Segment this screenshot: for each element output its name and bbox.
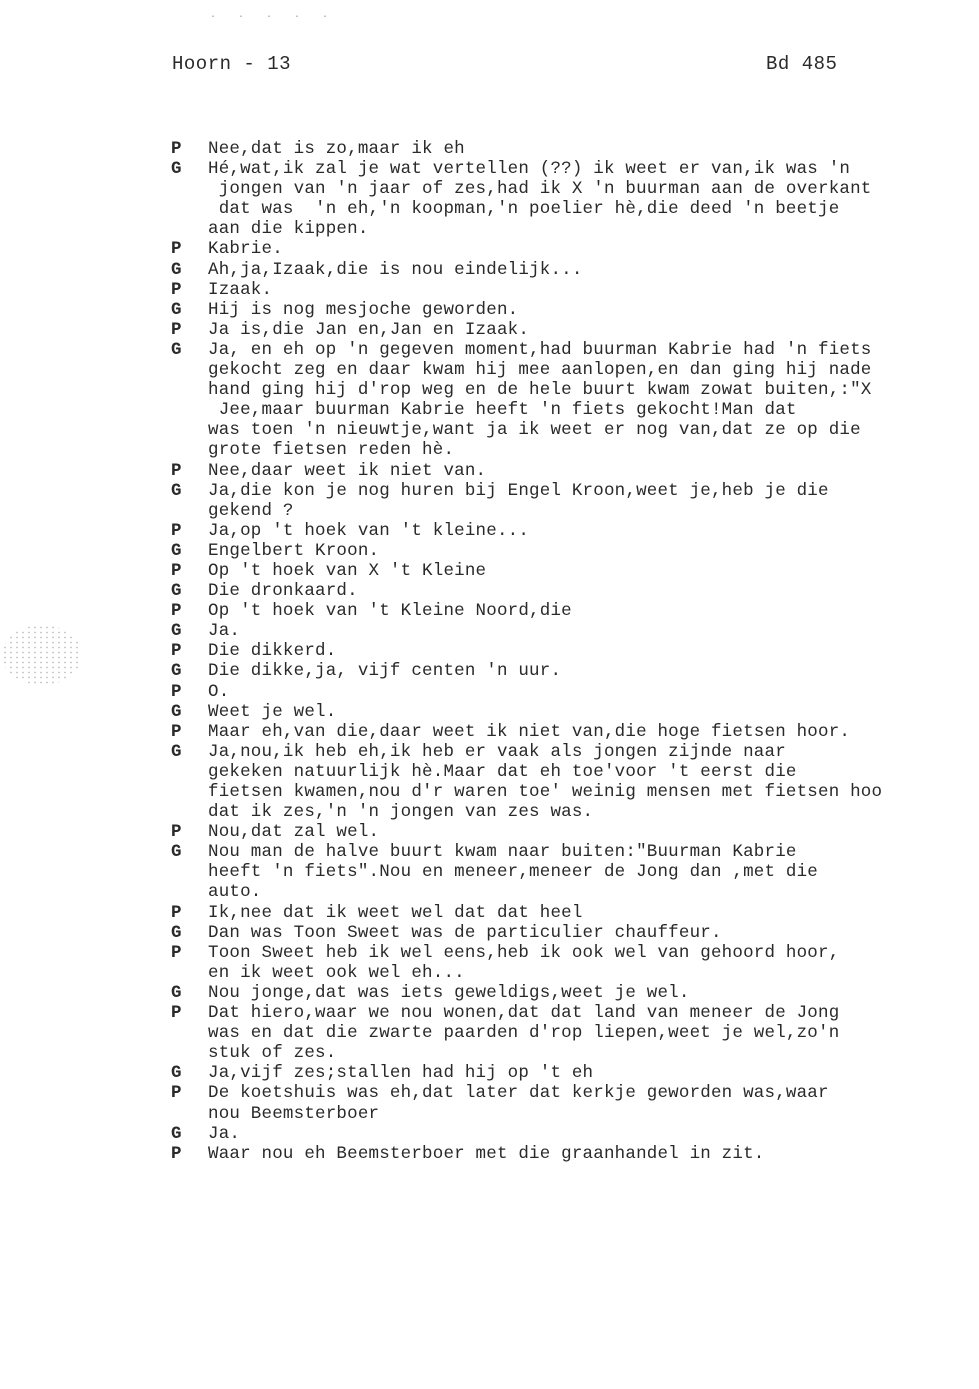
transcript-entry: GJa. (171, 621, 979, 641)
transcript-entry: GHij is nog mesjoche geworden. (171, 300, 979, 320)
transcript-entry: POp 't hoek van X 't Kleine (171, 561, 979, 581)
utterance-line: Ja. (208, 621, 979, 641)
speaker-label: G (171, 340, 208, 461)
transcript-entry: PDie dikkerd. (171, 641, 979, 661)
utterance-line: Die dikke,ja, vijf centen 'n uur. (208, 661, 979, 681)
speaker-label: P (171, 461, 208, 481)
transcript-entry: GDan was Toon Sweet was de particulier c… (171, 923, 979, 943)
speaker-label: P (171, 139, 208, 159)
utterance-line: Engelbert Kroon. (208, 541, 979, 561)
transcript-entry: GNou man de halve buurt kwam naar buiten… (171, 842, 979, 902)
speaker-label: P (171, 601, 208, 621)
utterance-line: Ik,nee dat ik weet wel dat dat heel (208, 903, 979, 923)
speaker-label: G (171, 541, 208, 561)
speaker-label: P (171, 1144, 208, 1164)
speaker-label: G (171, 621, 208, 641)
utterance-line: Ja. (208, 1124, 979, 1144)
transcript-entry: GNou jonge,dat was iets geweldigs,weet j… (171, 983, 979, 1003)
speaker-label: P (171, 320, 208, 340)
speaker-label: P (171, 943, 208, 983)
transcript-entry: PNee,daar weet ik niet van. (171, 461, 979, 481)
transcript-entry: PO. (171, 682, 979, 702)
utterance-line: auto. (208, 882, 979, 902)
utterance-line: Maar eh,van die,daar weet ik niet van,di… (208, 722, 979, 742)
utterance-line: nou Beemsterboer (208, 1104, 979, 1124)
speaker-label: P (171, 722, 208, 742)
utterance-line: De koetshuis was eh,dat later dat kerkje… (208, 1083, 979, 1103)
utterance-line: en ik weet ook wel eh... (208, 963, 979, 983)
utterance-line: Ja,op 't hoek van 't kleine... (208, 521, 979, 541)
speaker-label: G (171, 159, 208, 239)
page-number: Bd 485 (766, 53, 837, 75)
speaker-label: G (171, 842, 208, 902)
utterance-line: aan die kippen. (208, 219, 979, 239)
transcript-entry: GWeet je wel. (171, 702, 979, 722)
document-header-location: Hoorn - 13 (172, 53, 291, 75)
scan-speckles: . . . . . (210, 10, 336, 21)
transcript-entry: PDe koetshuis was eh,dat later dat kerkj… (171, 1083, 979, 1123)
speaker-label: P (171, 239, 208, 259)
utterance-line: gekocht zeg en daar kwam hij mee aanlope… (208, 360, 979, 380)
utterance-line: Jee,maar buurman Kabrie heeft 'n fiets g… (208, 400, 979, 420)
utterance-line: Weet je wel. (208, 702, 979, 722)
utterance-line: gekend ? (208, 501, 979, 521)
transcript-entry: GAh,ja,Izaak,die is nou eindelijk... (171, 260, 979, 280)
speaker-label: P (171, 521, 208, 541)
utterance-line: Ja is,die Jan en,Jan en Izaak. (208, 320, 979, 340)
utterance-line: was en dat die zwarte paarden d'rop liep… (208, 1023, 979, 1043)
utterance-line: dat was 'n eh,'n koopman,'n poelier hè,d… (208, 199, 979, 219)
transcript-entry: POp 't hoek van 't Kleine Noord,die (171, 601, 979, 621)
transcript-entry: PIzaak. (171, 280, 979, 300)
utterance-line: stuk of zes. (208, 1043, 979, 1063)
utterance-line: Dan was Toon Sweet was de particulier ch… (208, 923, 979, 943)
speaker-label: G (171, 1124, 208, 1144)
transcript-entry: GHé,wat,ik zal je wat vertellen (??) ik … (171, 159, 979, 239)
transcript-entry: PIk,nee dat ik weet wel dat dat heel (171, 903, 979, 923)
utterance-line: gekeken natuurlijk hè.Maar dat eh toe'vo… (208, 762, 979, 782)
utterance-line: Hé,wat,ik zal je wat vertellen (??) ik w… (208, 159, 979, 179)
utterance-line: Die dronkaard. (208, 581, 979, 601)
utterance-line: Ah,ja,Izaak,die is nou eindelijk... (208, 260, 979, 280)
transcript-entry: PKabrie. (171, 239, 979, 259)
speaker-label: P (171, 280, 208, 300)
utterance-line: dat ik zes,'n 'n jongen van zes was. (208, 802, 979, 822)
utterance-line: Nou man de halve buurt kwam naar buiten:… (208, 842, 979, 862)
utterance-line: Nee,dat is zo,maar ik eh (208, 139, 979, 159)
utterance-line: heeft 'n fiets".Nou en meneer,meneer de … (208, 862, 979, 882)
transcript-entry: PNou,dat zal wel. (171, 822, 979, 842)
speaker-label: P (171, 822, 208, 842)
utterance-line: Nou,dat zal wel. (208, 822, 979, 842)
utterance-line: was toen 'n nieuwtje,want ja ik weet er … (208, 420, 979, 440)
speaker-label: P (171, 1083, 208, 1123)
speaker-label: P (171, 903, 208, 923)
utterance-line: Ja,nou,ik heb eh,ik heb er vaak als jong… (208, 742, 979, 762)
speaker-label: G (171, 300, 208, 320)
utterance-line: Ja,vijf zes;stallen had hij op 't eh (208, 1063, 979, 1083)
transcript-entry: PJa,op 't hoek van 't kleine... (171, 521, 979, 541)
utterance-line: Kabrie. (208, 239, 979, 259)
transcript-entry: GDie dronkaard. (171, 581, 979, 601)
speaker-label: G (171, 923, 208, 943)
utterance-line: Op 't hoek van X 't Kleine (208, 561, 979, 581)
speaker-label: G (171, 661, 208, 681)
utterance-line: Toon Sweet heb ik wel eens,heb ik ook we… (208, 943, 979, 963)
speaker-label: G (171, 260, 208, 280)
utterance-line: Ja, en eh op 'n gegeven moment,had buurm… (208, 340, 979, 360)
utterance-line: Nee,daar weet ik niet van. (208, 461, 979, 481)
utterance-line: Ja,die kon je nog huren bij Engel Kroon,… (208, 481, 979, 501)
transcript-entry: GJa,nou,ik heb eh,ik heb er vaak als jon… (171, 742, 979, 822)
speaker-label: P (171, 641, 208, 661)
transcript-entry: GJa. (171, 1124, 979, 1144)
utterance-line: fietsen kwamen,nou d'r waren toe' weinig… (208, 782, 979, 802)
transcript-entry: PWaar nou eh Beemsterboer met die graanh… (171, 1144, 979, 1164)
utterance-line: O. (208, 682, 979, 702)
speaker-label: P (171, 561, 208, 581)
transcript-entry: PNee,dat is zo,maar ik eh (171, 139, 979, 159)
utterance-line: Hij is nog mesjoche geworden. (208, 300, 979, 320)
interview-transcript: PNee,dat is zo,maar ik ehGHé,wat,ik zal … (171, 139, 979, 1164)
transcript-entry: GJa,die kon je nog huren bij Engel Kroon… (171, 481, 979, 521)
speaker-label: G (171, 702, 208, 722)
transcript-entry: GJa,vijf zes;stallen had hij op 't eh (171, 1063, 979, 1083)
speaker-label: G (171, 1063, 208, 1083)
speaker-label: G (171, 481, 208, 521)
transcript-entry: GEngelbert Kroon. (171, 541, 979, 561)
scan-smudge (2, 625, 82, 685)
transcript-entry: PDat hiero,waar we nou wonen,dat dat lan… (171, 1003, 979, 1063)
transcript-entry: GJa, en eh op 'n gegeven moment,had buur… (171, 340, 979, 461)
speaker-label: P (171, 682, 208, 702)
transcript-entry: PJa is,die Jan en,Jan en Izaak. (171, 320, 979, 340)
speaker-label: G (171, 983, 208, 1003)
utterance-line: Op 't hoek van 't Kleine Noord,die (208, 601, 979, 621)
transcript-entry: GDie dikke,ja, vijf centen 'n uur. (171, 661, 979, 681)
utterance-line: grote fietsen reden hè. (208, 440, 979, 460)
utterance-line: Izaak. (208, 280, 979, 300)
speaker-label: G (171, 581, 208, 601)
utterance-line: jongen van 'n jaar of zes,had ik X 'n bu… (208, 179, 979, 199)
utterance-line: Dat hiero,waar we nou wonen,dat dat land… (208, 1003, 979, 1023)
speaker-label: P (171, 1003, 208, 1063)
utterance-line: Die dikkerd. (208, 641, 979, 661)
utterance-line: Nou jonge,dat was iets geweldigs,weet je… (208, 983, 979, 1003)
speaker-label: G (171, 742, 208, 822)
transcript-entry: PMaar eh,van die,daar weet ik niet van,d… (171, 722, 979, 742)
utterance-line: Waar nou eh Beemsterboer met die graanha… (208, 1144, 979, 1164)
transcript-entry: PToon Sweet heb ik wel eens,heb ik ook w… (171, 943, 979, 983)
utterance-line: hand ging hij d'rop weg en de hele buurt… (208, 380, 979, 400)
